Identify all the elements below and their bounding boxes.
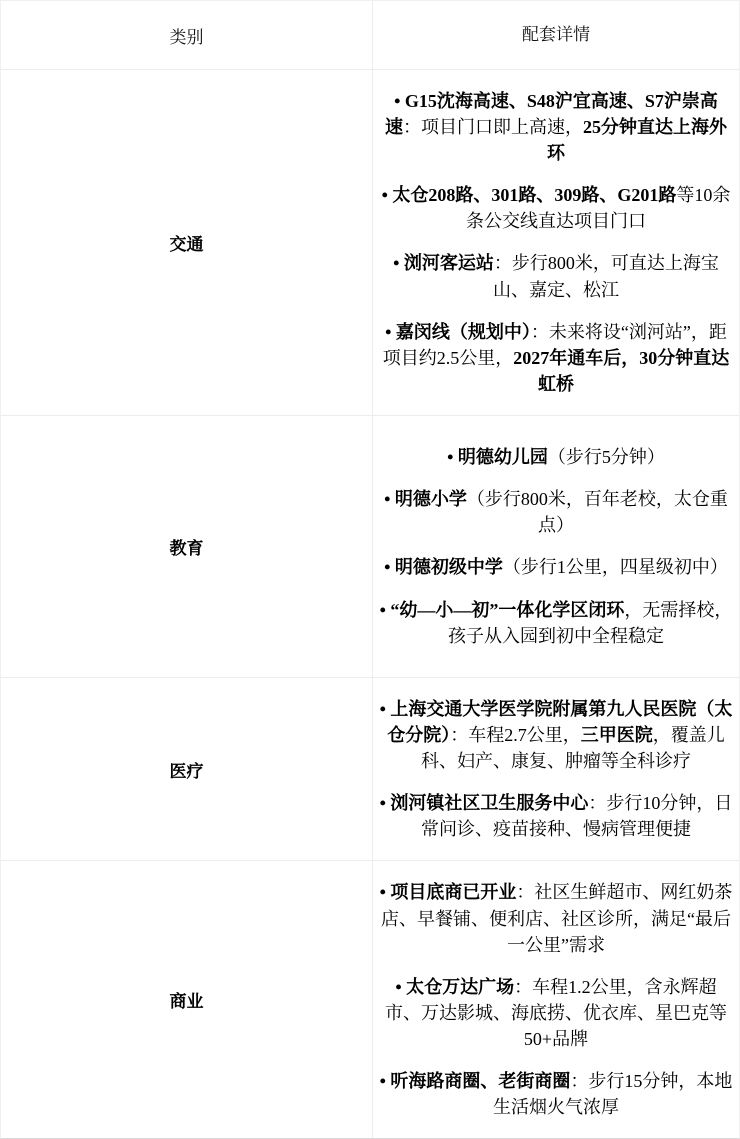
detail-item: • 上海交通大学医学院附属第九人民医院（太仓分院）：车程2.7公里，三甲医院，覆…	[379, 696, 733, 774]
page: 类别 配套详情 交通 • G15沈海高速、S48沪宜高速、S7沪崇高速：项目门口…	[0, 0, 740, 1091]
header-category-label: 类别	[170, 23, 204, 48]
detail-segment: （步行5分钟）	[548, 447, 665, 467]
table-header-row: 类别 配套详情	[1, 1, 739, 69]
category-label: 医疗	[170, 757, 204, 782]
amenities-table: 类别 配套详情 交通 • G15沈海高速、S48沪宜高速、S7沪崇高速：项目门口…	[0, 0, 740, 1139]
detail-item: • 浏河客运站：步行800米，可直达上海宝山、嘉定、松江	[379, 250, 733, 302]
category-label: 交通	[170, 230, 204, 255]
table-row: 商业 • 项目底商已开业：社区生鲜超市、网红奶茶店、早餐铺、便利店、社区诊所，满…	[1, 860, 739, 1138]
detail-item: • 嘉闵线（规划中）：未来将设“浏河站”，距项目约2.5公里，2027年通车后，…	[379, 319, 733, 397]
detail-item: • 明德幼儿园（步行5分钟）	[447, 444, 665, 470]
header-cell-details: 配套详情	[373, 1, 739, 69]
category-cell: 交通	[1, 70, 373, 415]
detail-segment-bold: • 明德初级中学	[384, 557, 503, 577]
details-cell: • G15沈海高速、S48沪宜高速、S7沪崇高速：项目门口即上高速，25分钟直达…	[373, 70, 739, 415]
detail-item: • 明德初级中学（步行1公里，四星级初中）	[384, 554, 728, 580]
details-cell: • 上海交通大学医学院附属第九人民医院（太仓分院）：车程2.7公里，三甲医院，覆…	[373, 678, 739, 860]
detail-segment-bold: • 太仓万达广场	[395, 977, 514, 997]
category-cell: 商业	[1, 861, 373, 1138]
detail-item: • 太仓208路、301路、309路、G201路等10余条公交线直达项目门口	[379, 182, 733, 234]
detail-item: • 明德小学（步行800米，百年老校，太仓重点）	[379, 486, 733, 538]
details-cell: • 项目底商已开业：社区生鲜超市、网红奶茶店、早餐铺、便利店、社区诊所，满足“最…	[373, 861, 739, 1138]
category-label: 教育	[170, 534, 204, 559]
detail-item: • 浏河镇社区卫生服务中心：步行10分钟，日常问诊、疫苗接种、慢病管理便捷	[379, 790, 733, 842]
detail-segment-bold: • 太仓208路、301路、309路、G201路	[382, 185, 677, 205]
detail-segment-bold: • 嘉闵线（规划中）	[385, 322, 531, 342]
detail-segment: （步行1公里，四星级初中）	[503, 557, 728, 577]
detail-item: • G15沈海高速、S48沪宜高速、S7沪崇高速：项目门口即上高速，25分钟直达…	[379, 88, 733, 166]
category-cell: 教育	[1, 416, 373, 677]
detail-segment-bold: • “幼—小—初”一体化学区闭环	[380, 600, 625, 620]
detail-segment-bold: • 浏河客运站	[393, 253, 494, 273]
detail-segment: ：步行800米，可直达上海宝山、嘉定、松江	[493, 253, 719, 299]
table-row: 教育 • 明德幼儿园（步行5分钟）• 明德小学（步行800米，百年老校，太仓重点…	[1, 415, 739, 677]
header-cell-category: 类别	[1, 1, 373, 69]
detail-segment: （步行800米，百年老校，太仓重点）	[467, 489, 728, 535]
detail-item: • 太仓万达广场：车程1.2公里，含永辉超市、万达影城、海底捞、优衣库、星巴克等…	[379, 974, 733, 1052]
detail-segment: ：项目门口即上高速，	[403, 117, 583, 137]
detail-segment-bold: • 明德小学	[384, 489, 467, 509]
detail-segment-bold: 2027年通车后，30分钟直达虹桥	[513, 348, 729, 394]
category-label: 商业	[170, 987, 204, 1012]
detail-item: • “幼—小—初”一体化学区闭环，无需择校，孩子从入园到初中全程稳定	[379, 597, 733, 649]
detail-segment: ：车程2.7公里，	[450, 725, 581, 745]
header-details-label: 配套详情	[522, 23, 590, 48]
detail-item: • 听海路商圈、老街商圈：步行15分钟，本地生活烟火气浓厚	[379, 1068, 733, 1120]
detail-segment-bold: 三甲医院	[581, 725, 653, 745]
detail-segment-bold: • 浏河镇社区卫生服务中心	[380, 793, 589, 813]
detail-item: • 项目底商已开业：社区生鲜超市、网红奶茶店、早餐铺、便利店、社区诊所，满足“最…	[379, 879, 733, 957]
detail-segment-bold: • 听海路商圈、老街商圈	[380, 1071, 571, 1091]
category-cell: 医疗	[1, 678, 373, 860]
detail-segment-bold: • 项目底商已开业	[380, 882, 517, 902]
detail-segment-bold: • 明德幼儿园	[447, 447, 548, 467]
details-cell: • 明德幼儿园（步行5分钟）• 明德小学（步行800米，百年老校，太仓重点）• …	[373, 416, 739, 677]
table-row: 交通 • G15沈海高速、S48沪宜高速、S7沪崇高速：项目门口即上高速，25分…	[1, 69, 739, 415]
table-row: 医疗 • 上海交通大学医学院附属第九人民医院（太仓分院）：车程2.7公里，三甲医…	[1, 677, 739, 860]
